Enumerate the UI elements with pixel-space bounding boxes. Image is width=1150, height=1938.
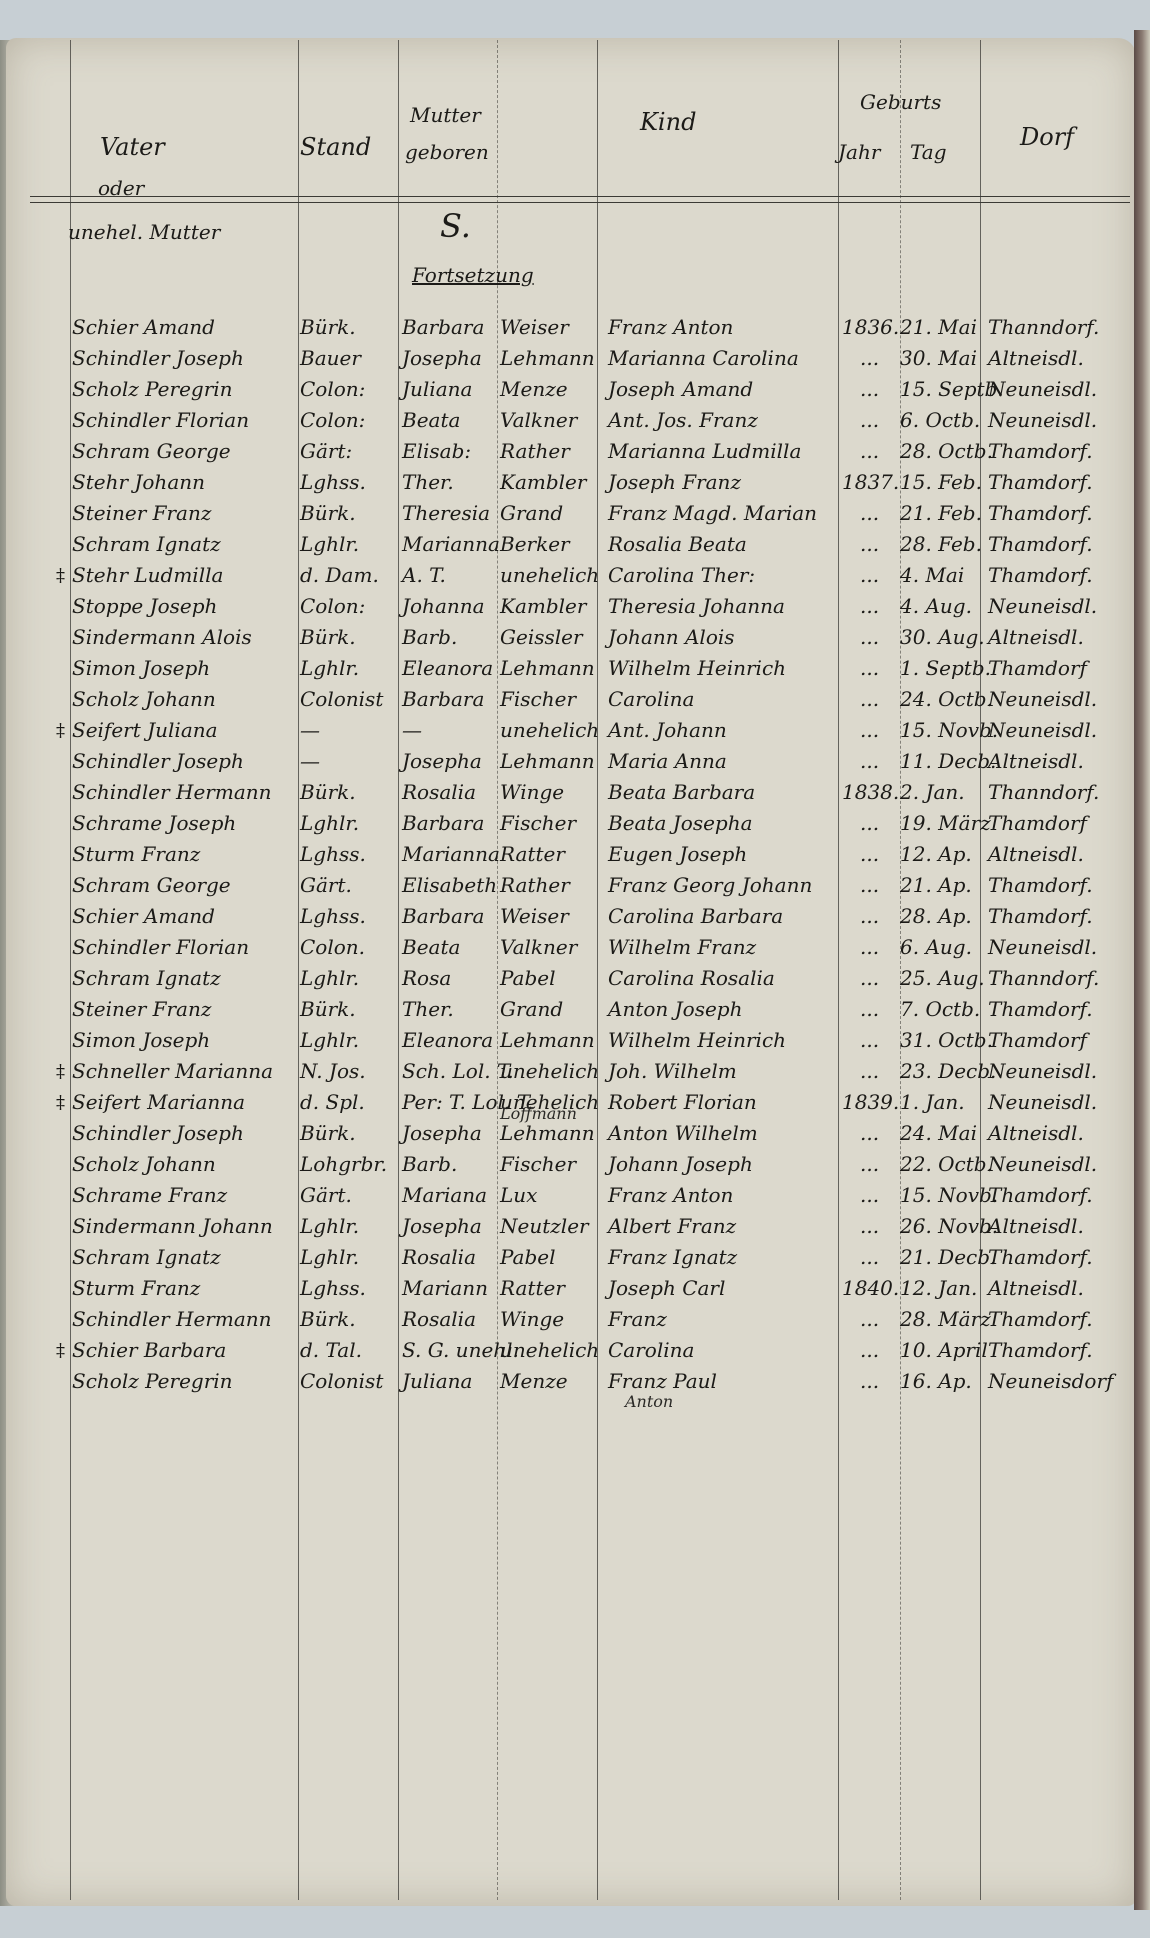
birth-year: ... <box>860 374 879 405</box>
birth-day: 12. Jan. <box>900 1273 977 1304</box>
birth-year: 1838. <box>842 777 899 808</box>
birth-year: ... <box>860 343 879 374</box>
header-rule-bottom <box>30 202 1130 203</box>
mother-first-name: Barbara <box>402 901 484 932</box>
birth-year: ... <box>860 870 879 901</box>
birth-year: ... <box>860 436 879 467</box>
birth-year: ... <box>860 1211 879 1242</box>
header-father-or: oder <box>98 178 144 198</box>
mother-first-name: Ther. <box>402 994 454 1025</box>
child-name: Beata Josepha <box>608 808 753 839</box>
village: Altneisdl. <box>988 1118 1084 1149</box>
father-name: Steiner Franz <box>72 994 211 1025</box>
mother-maiden-name: Lehmann <box>500 343 595 374</box>
table-row: Schindler HermannBürk.RosaliaWingeBeata … <box>0 777 1150 808</box>
deceased-mark: ‡ <box>56 1087 65 1118</box>
table-row: Scholz JohannLohgrbr.Barb.FischerJohann … <box>0 1149 1150 1180</box>
birth-year: 1837. <box>842 467 899 498</box>
mother-first-name: Josepha <box>402 746 482 777</box>
status: d. Spl. <box>300 1087 365 1118</box>
mother-first-name: Josepha <box>402 1118 482 1149</box>
birth-year: ... <box>860 405 879 436</box>
table-row: Schindler JosephBauerJosephaLehmannMaria… <box>0 343 1150 374</box>
status: Colon: <box>300 374 365 405</box>
table-row: Simon JosephLghlr.EleanoraLehmannWilhelm… <box>0 1025 1150 1056</box>
header-birth-day: Tag <box>910 142 947 162</box>
birth-day: 15. Novb. <box>900 1180 998 1211</box>
child-name: Joh. Wilhelm <box>608 1056 737 1087</box>
birth-day: 2. Jan. <box>900 777 965 808</box>
child-name: Robert Florian <box>608 1087 757 1118</box>
child-name: Joseph Franz <box>608 467 741 498</box>
child-name: Joseph Carl <box>608 1273 725 1304</box>
birth-day: 1. Jan. <box>900 1087 965 1118</box>
father-name: Schindler Joseph <box>72 343 244 374</box>
status: Colon: <box>300 591 365 622</box>
birth-year: ... <box>860 1025 879 1056</box>
mother-name-correction: Loffmann <box>500 1104 577 1123</box>
mother-maiden-name: Weiser <box>500 901 569 932</box>
father-name: Stoppe Joseph <box>72 591 217 622</box>
table-row: Schier AmandBürk.BarbaraWeiserFranz Anto… <box>0 312 1150 343</box>
mother-maiden-name: Fischer <box>500 684 576 715</box>
mother-maiden-name: Menze <box>500 1366 568 1397</box>
village: Thamdorf <box>988 653 1087 684</box>
mother-first-name: Elisabeth <box>402 870 497 901</box>
village: Thamdorf. <box>988 870 1093 901</box>
table-row: Schrame FranzGärt.MarianaLuxFranz Anton.… <box>0 1180 1150 1211</box>
village: Neuneisdorf <box>988 1366 1113 1397</box>
father-name: Stehr Ludmilla <box>72 560 223 591</box>
village: Neuneisdl. <box>988 374 1097 405</box>
father-name: Schram Ignatz <box>72 1242 221 1273</box>
mother-maiden-name: Winge <box>500 1304 564 1335</box>
village: Thanndorf. <box>988 777 1099 808</box>
father-name: Schindler Hermann <box>72 777 272 808</box>
mother-maiden-name: Neutzler <box>500 1211 589 1242</box>
child-name: Franz <box>608 1304 667 1335</box>
birth-day: 21. Ap. <box>900 870 972 901</box>
mother-first-name: Rosalia <box>402 1242 476 1273</box>
birth-year: ... <box>860 1304 879 1335</box>
status: Colonist <box>300 684 383 715</box>
table-row: Schindler JosephBürk.JosephaLehmannAnton… <box>0 1118 1150 1149</box>
village: Neuneisdl. <box>988 1087 1097 1118</box>
village: Altneisdl. <box>988 343 1084 374</box>
birth-day: 30. Mai <box>900 343 977 374</box>
child-name: Albert Franz <box>608 1211 736 1242</box>
child-name: Franz Anton <box>608 312 733 343</box>
village: Altneisdl. <box>988 839 1084 870</box>
child-name: Theresia Johanna <box>608 591 785 622</box>
section-letter: S. <box>440 210 471 242</box>
mother-first-name: Johanna <box>402 591 485 622</box>
village: Thamdorf. <box>988 901 1093 932</box>
table-row: Sturm FranzLghss.MariannRatterJoseph Car… <box>0 1273 1150 1304</box>
birth-year: ... <box>860 994 879 1025</box>
father-name: Schrame Franz <box>72 1180 227 1211</box>
mother-maiden-name: Lehmann <box>500 1025 595 1056</box>
status: Lghss. <box>300 839 366 870</box>
village: Neuneisdl. <box>988 591 1097 622</box>
header-birth-year: Jahr <box>838 142 880 162</box>
status: N. Jos. <box>300 1056 366 1087</box>
father-name: Stehr Johann <box>72 467 205 498</box>
village: Neuneisdl. <box>988 684 1097 715</box>
mother-maiden-name: Ratter <box>500 839 565 870</box>
father-name: Steiner Franz <box>72 498 211 529</box>
mother-first-name: Josepha <box>402 343 482 374</box>
birth-year: ... <box>860 839 879 870</box>
status: Bürk. <box>300 994 356 1025</box>
child-name: Wilhelm Heinrich <box>608 1025 786 1056</box>
birth-day: 10. April <box>900 1335 988 1366</box>
status: Lghlr. <box>300 808 359 839</box>
mother-maiden-name: Lehmann <box>500 746 595 777</box>
birth-day: 6. Octb. <box>900 405 980 436</box>
mother-maiden-name: unehelich <box>500 560 599 591</box>
birth-day: 28. Feb. <box>900 529 982 560</box>
deceased-mark: ‡ <box>56 715 65 746</box>
child-name: Carolina <box>608 1335 694 1366</box>
status: Bürk. <box>300 777 356 808</box>
table-row: Scholz PeregrinColon:JulianaMenzeJoseph … <box>0 374 1150 405</box>
mother-first-name: Beata <box>402 405 460 436</box>
table-row: Schrame JosephLghlr.BarbaraFischerBeata … <box>0 808 1150 839</box>
child-name: Franz Ignatz <box>608 1242 737 1273</box>
mother-first-name: Rosa <box>402 963 451 994</box>
birth-year: ... <box>860 808 879 839</box>
birth-year: ... <box>860 1118 879 1149</box>
birth-day: 7. Octb. <box>900 994 980 1025</box>
mother-first-name: Rosalia <box>402 1304 476 1335</box>
table-row: Schram IgnatzLghlr.RosaliaPabelFranz Ign… <box>0 1242 1150 1273</box>
father-name: Sturm Franz <box>72 839 200 870</box>
status: — <box>300 715 320 746</box>
birth-year: ... <box>860 591 879 622</box>
birth-day: 28. Octb. <box>900 436 993 467</box>
village: Thamdorf. <box>988 498 1093 529</box>
village: Neuneisdl. <box>988 405 1097 436</box>
status: Bürk. <box>300 498 356 529</box>
header-father: Vater <box>100 135 165 159</box>
birth-day: 23. Decb. <box>900 1056 996 1087</box>
birth-day: 22. Octb. <box>900 1149 993 1180</box>
mother-first-name: Ther. <box>402 467 454 498</box>
birth-year: ... <box>860 1180 879 1211</box>
table-row: Stehr JohannLghss.Ther.KamblerJoseph Fra… <box>0 467 1150 498</box>
birth-day: 21. Decb. <box>900 1242 996 1273</box>
birth-year: ... <box>860 529 879 560</box>
table-row: Schram GeorgeGärt:Elisab:RatherMarianna … <box>0 436 1150 467</box>
table-row: Schier AmandLghss.BarbaraWeiserCarolina … <box>0 901 1150 932</box>
deceased-mark: ‡ <box>56 1335 65 1366</box>
child-name: Carolina Ther: <box>608 560 755 591</box>
mother-maiden-name: Weiser <box>500 312 569 343</box>
child-name: Joseph Amand <box>608 374 753 405</box>
village: Neuneisdl. <box>988 932 1097 963</box>
mother-maiden-name: Kambler <box>500 591 586 622</box>
father-name: Scholz Peregrin <box>72 374 233 405</box>
village: Thamdorf. <box>988 529 1093 560</box>
child-name: Marianna Carolina <box>608 343 799 374</box>
mother-first-name: Mariana <box>402 1180 487 1211</box>
status: Colon. <box>300 932 365 963</box>
mother-maiden-name: Rather <box>500 870 570 901</box>
birth-year: 1836. <box>842 312 899 343</box>
status: d. Tal. <box>300 1335 362 1366</box>
father-name: Schindler Florian <box>72 932 249 963</box>
mother-maiden-name: Grand <box>500 994 563 1025</box>
father-name: Schrame Joseph <box>72 808 236 839</box>
table-row: Schindler FlorianColon:BeataValknerAnt. … <box>0 405 1150 436</box>
birth-day: 4. Mai <box>900 560 964 591</box>
village: Thamdorf. <box>988 1304 1093 1335</box>
village: Altneisdl. <box>988 622 1084 653</box>
mother-maiden-name: unehelich <box>500 1335 599 1366</box>
child-name: Carolina <box>608 684 694 715</box>
mother-maiden-name: Valkner <box>500 405 577 436</box>
birth-year: ... <box>860 1366 879 1397</box>
header-birth: Geburts <box>860 92 941 112</box>
status: — <box>300 746 320 777</box>
village: Neuneisdl. <box>988 1149 1097 1180</box>
table-row: ‡Stehr Ludmillad. Dam.A. T.unehelichCaro… <box>0 560 1150 591</box>
village: Thamdorf. <box>988 560 1093 591</box>
birth-day: 11. Decb. <box>900 746 996 777</box>
birth-year: ... <box>860 560 879 591</box>
mother-first-name: Marianna <box>402 529 500 560</box>
father-name: Schindler Joseph <box>72 1118 244 1149</box>
table-row: Schram GeorgeGärt.ElisabethRatherFranz G… <box>0 870 1150 901</box>
father-name: Schier Amand <box>72 901 215 932</box>
status: Gärt: <box>300 436 352 467</box>
village: Thamdorf <box>988 1025 1087 1056</box>
birth-year: ... <box>860 1242 879 1273</box>
status: d. Dam. <box>300 560 379 591</box>
header-child: Kind <box>640 110 696 134</box>
status: Lghss. <box>300 467 366 498</box>
status: Bürk. <box>300 1304 356 1335</box>
father-name: Seifert Juliana <box>72 715 218 746</box>
mother-maiden-name: Pabel <box>500 963 556 994</box>
child-name: Marianna Ludmilla <box>608 436 801 467</box>
child-name: Anton Wilhelm <box>608 1118 758 1149</box>
birth-year: ... <box>860 653 879 684</box>
status: Gärt. <box>300 1180 352 1211</box>
table-row: Schram IgnatzLghlr.MariannaBerkerRosalia… <box>0 529 1150 560</box>
mother-maiden-name: Menze <box>500 374 568 405</box>
mother-maiden-name: Lux <box>500 1180 537 1211</box>
mother-maiden-name: Berker <box>500 529 570 560</box>
birth-day: 25. Aug. <box>900 963 985 994</box>
mother-first-name: Elisab: <box>402 436 471 467</box>
child-name: Beata Barbara <box>608 777 755 808</box>
mother-first-name: Barb. <box>402 1149 457 1180</box>
village: Thamdorf. <box>988 1242 1093 1273</box>
table-row: Schindler HermannBürk.RosaliaWingeFranz.… <box>0 1304 1150 1335</box>
father-name: Sindermann Johann <box>72 1211 273 1242</box>
mother-first-name: Sch. Lol. T. <box>402 1056 514 1087</box>
child-name: Franz Magd. Marian <box>608 498 817 529</box>
status: Lghlr. <box>300 529 359 560</box>
birth-day: 16. Ap. <box>900 1366 972 1397</box>
mother-maiden-name: Lehmann <box>500 653 595 684</box>
father-name: Scholz Johann <box>72 1149 216 1180</box>
child-name-addition: Anton <box>625 1392 673 1411</box>
child-name: Rosalia Beata <box>608 529 747 560</box>
village: Altneisdl. <box>988 1211 1084 1242</box>
mother-first-name: Barb. <box>402 622 457 653</box>
status: Gärt. <box>300 870 352 901</box>
mother-maiden-name: unehelich <box>500 1056 599 1087</box>
child-name: Eugen Joseph <box>608 839 747 870</box>
father-name: Schram Ignatz <box>72 529 221 560</box>
birth-day: 30. Aug. <box>900 622 985 653</box>
mother-maiden-name: Pabel <box>500 1242 556 1273</box>
birth-year: ... <box>860 1335 879 1366</box>
child-name: Ant. Johann <box>608 715 727 746</box>
mother-first-name: Juliana <box>402 1366 472 1397</box>
village: Thamdorf. <box>988 994 1093 1025</box>
father-name: Sturm Franz <box>72 1273 200 1304</box>
birth-year: 1839. <box>842 1087 899 1118</box>
table-row: ‡Seifert Juliana——unehelichAnt. Johann..… <box>0 715 1150 746</box>
birth-day: 28. Ap. <box>900 901 972 932</box>
birth-year: ... <box>860 715 879 746</box>
birth-year: ... <box>860 1149 879 1180</box>
deceased-mark: ‡ <box>56 560 65 591</box>
child-name: Anton Joseph <box>608 994 742 1025</box>
father-name: Schindler Joseph <box>72 746 244 777</box>
village: Thamdorf. <box>988 436 1093 467</box>
birth-day: 31. Octb. <box>900 1025 993 1056</box>
birth-day: 28. März <box>900 1304 991 1335</box>
status: Lohgrbr. <box>300 1149 387 1180</box>
status: Lghss. <box>300 901 366 932</box>
status: Lghlr. <box>300 1211 359 1242</box>
table-row: Simon JosephLghlr.EleanoraLehmannWilhelm… <box>0 653 1150 684</box>
mother-first-name: Rosalia <box>402 777 476 808</box>
mother-first-name: Barbara <box>402 684 484 715</box>
status: Lghlr. <box>300 963 359 994</box>
status: Bürk. <box>300 312 356 343</box>
birth-year: ... <box>860 963 879 994</box>
child-name: Carolina Barbara <box>608 901 783 932</box>
deceased-mark: ‡ <box>56 1056 65 1087</box>
header-status: Stand <box>300 135 371 159</box>
father-name: Scholz Johann <box>72 684 216 715</box>
table-row: Schindler Joseph—JosephaLehmannMaria Ann… <box>0 746 1150 777</box>
child-name: Ant. Jos. Franz <box>608 405 758 436</box>
birth-year: ... <box>860 622 879 653</box>
table-row: Sturm FranzLghss.MariannaRatterEugen Jos… <box>0 839 1150 870</box>
child-name: Franz Georg Johann <box>608 870 812 901</box>
table-row: Steiner FranzBürk.TheresiaGrandFranz Mag… <box>0 498 1150 529</box>
mother-first-name: Barbara <box>402 808 484 839</box>
table-row: ‡Schneller MariannaN. Jos.Sch. Lol. T.un… <box>0 1056 1150 1087</box>
mother-first-name: Marianna <box>402 839 500 870</box>
father-name: Schram George <box>72 870 231 901</box>
birth-day: 4. Aug. <box>900 591 972 622</box>
header-illegit-mother: unehel. Mutter <box>68 222 220 242</box>
section-continuation: Fortsetzung <box>412 265 534 285</box>
mother-maiden-name: Fischer <box>500 1149 576 1180</box>
village: Thamdorf. <box>988 1180 1093 1211</box>
birth-day: 19. März <box>900 808 991 839</box>
header-village: Dorf <box>1020 125 1074 149</box>
birth-year: 1840. <box>842 1273 899 1304</box>
mother-maiden-name: Ratter <box>500 1273 565 1304</box>
header-mother-born: geboren <box>405 142 489 162</box>
status: Lghss. <box>300 1273 366 1304</box>
father-name: Schram Ignatz <box>72 963 221 994</box>
mother-first-name: — <box>402 715 422 746</box>
mother-first-name: Mariann <box>402 1273 488 1304</box>
mother-maiden-name: Fischer <box>500 808 576 839</box>
birth-day: 21. Mai <box>900 312 977 343</box>
status: Lghlr. <box>300 1025 359 1056</box>
father-name: Schier Amand <box>72 312 215 343</box>
status: Bürk. <box>300 622 356 653</box>
birth-day: 1. Septb. <box>900 653 991 684</box>
birth-year: ... <box>860 684 879 715</box>
mother-maiden-name: Geissler <box>500 622 583 653</box>
header-rule-top <box>30 196 1130 197</box>
father-name: Schram George <box>72 436 231 467</box>
child-name: Johann Alois <box>608 622 735 653</box>
status: Colon: <box>300 405 365 436</box>
village: Altneisdl. <box>988 746 1084 777</box>
mother-maiden-name: Kambler <box>500 467 586 498</box>
father-name: Schindler Hermann <box>72 1304 272 1335</box>
village: Thamdorf. <box>988 467 1093 498</box>
father-name: Simon Joseph <box>72 1025 210 1056</box>
mother-first-name: Josepha <box>402 1211 482 1242</box>
table-row: Steiner FranzBürk.Ther.GrandAnton Joseph… <box>0 994 1150 1025</box>
birth-year: ... <box>860 901 879 932</box>
father-name: Schneller Marianna <box>72 1056 273 1087</box>
table-row: Schindler FlorianColon.BeataValknerWilhe… <box>0 932 1150 963</box>
birth-day: 15. Feb. <box>900 467 982 498</box>
village: Neuneisdl. <box>988 715 1097 746</box>
table-row: Scholz PeregrinColonistJulianaMenzeFranz… <box>0 1366 1150 1397</box>
birth-year: ... <box>860 1056 879 1087</box>
mother-first-name: Eleanora <box>402 653 493 684</box>
mother-maiden-name: unehelich <box>500 715 599 746</box>
father-name: Simon Joseph <box>72 653 210 684</box>
table-row: Sindermann AloisBürk.Barb.GeisslerJohann… <box>0 622 1150 653</box>
mother-first-name: Eleanora <box>402 1025 493 1056</box>
status: Lghlr. <box>300 1242 359 1273</box>
birth-day: 24. Octb. <box>900 684 993 715</box>
child-name: Carolina Rosalia <box>608 963 775 994</box>
mother-maiden-name: Winge <box>500 777 564 808</box>
father-name: Seifert Marianna <box>72 1087 245 1118</box>
father-name: Scholz Peregrin <box>72 1366 233 1397</box>
village: Altneisdl. <box>988 1273 1084 1304</box>
mother-first-name: Juliana <box>402 374 472 405</box>
village: Thanndorf. <box>988 963 1099 994</box>
table-row: Sindermann JohannLghlr.JosephaNeutzlerAl… <box>0 1211 1150 1242</box>
table-row: Scholz JohannColonistBarbaraFischerCarol… <box>0 684 1150 715</box>
child-name: Johann Joseph <box>608 1149 753 1180</box>
mother-maiden-name: Valkner <box>500 932 577 963</box>
father-name: Sindermann Alois <box>72 622 252 653</box>
mother-first-name: Beata <box>402 932 460 963</box>
birth-year: ... <box>860 498 879 529</box>
birth-day: 24. Mai <box>900 1118 977 1149</box>
